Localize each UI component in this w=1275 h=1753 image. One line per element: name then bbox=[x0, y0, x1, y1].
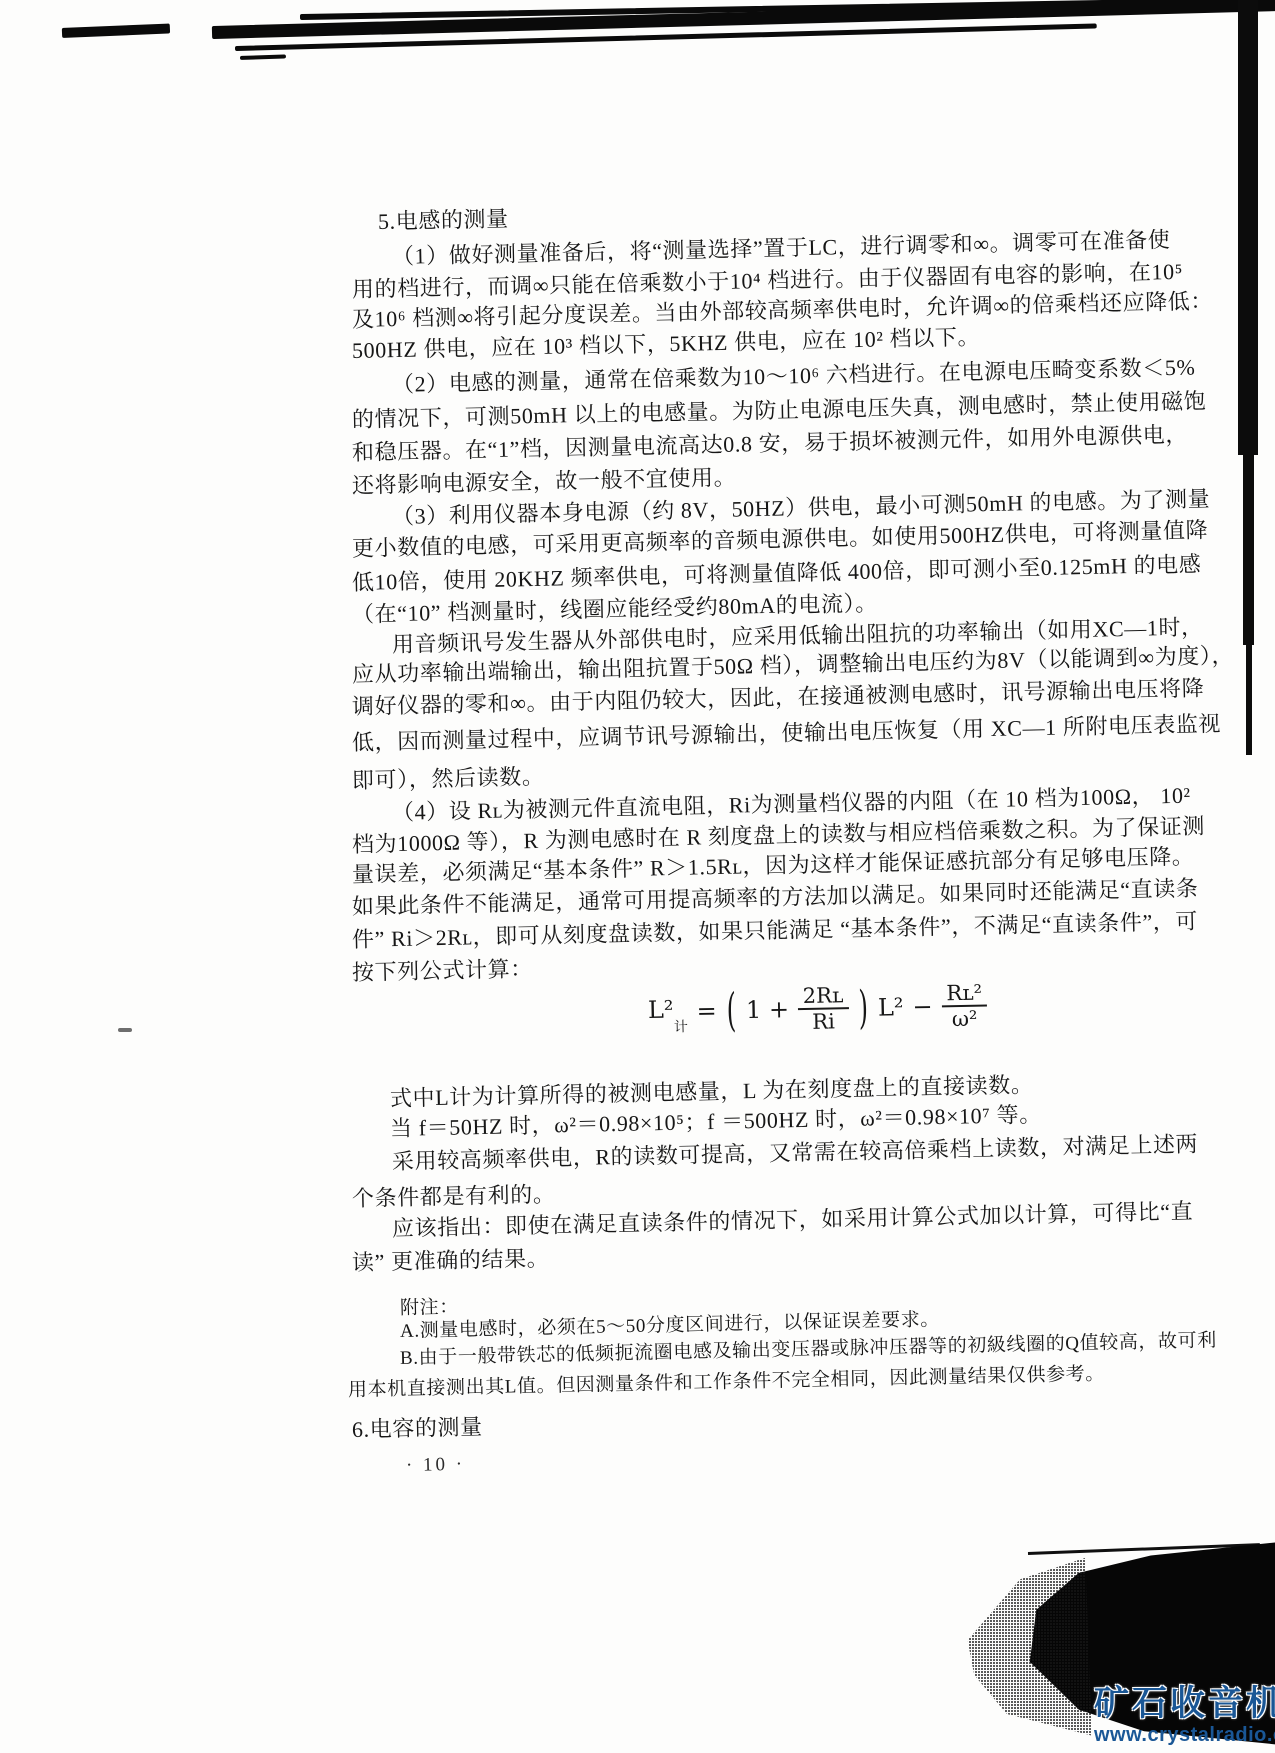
minus-sign: − bbox=[912, 993, 933, 1021]
scan-streak bbox=[240, 54, 286, 60]
formula-term: L² bbox=[878, 993, 904, 1021]
equals-sign: = bbox=[696, 997, 717, 1025]
scan-speck bbox=[118, 1028, 132, 1032]
formula-term: 1 + bbox=[746, 995, 790, 1024]
formula-lhs: L²计 bbox=[648, 995, 688, 1029]
text-line: 即可），然后读数。 bbox=[352, 760, 545, 795]
section-title: 5.电感的测量 bbox=[378, 202, 509, 236]
left-paren: ( bbox=[725, 984, 737, 1037]
watermark-brand: 矿石收音机 bbox=[1094, 1686, 1275, 1721]
formula-inductance-correction: L²计 = ( 1 + 2Rʟ Ri ) L² − Rʟ² ω² bbox=[648, 981, 988, 1036]
page-edge-bar bbox=[1238, 0, 1258, 455]
scan-streak bbox=[62, 23, 170, 38]
right-paren: ) bbox=[857, 981, 869, 1034]
text-line: 读” 更准确的结果。 bbox=[352, 1242, 550, 1277]
scanned-document-page: 5.电感的测量 （1）做好测量准备后，将“测量选择”置于LC，进行调零和∞。调零… bbox=[0, 0, 1275, 1753]
page-edge-bar bbox=[1243, 450, 1254, 645]
text-line: 按下列公式计算： bbox=[352, 952, 533, 987]
watermark: 矿石收音机 www.crystalradio.cn bbox=[1094, 1686, 1275, 1747]
page-edge-bar bbox=[1246, 640, 1252, 755]
page-number: · 10 · bbox=[406, 1454, 466, 1477]
watermark-url: www.crystalradio.cn bbox=[1094, 1724, 1275, 1747]
fraction-2RL-Ri: 2Rʟ Ri bbox=[798, 984, 849, 1033]
text-line: 个条件都是有利的。 bbox=[352, 1178, 556, 1213]
fraction-RL2-w2: Rʟ² ω² bbox=[941, 981, 988, 1030]
section-title: 6.电容的测量 bbox=[352, 1410, 483, 1444]
